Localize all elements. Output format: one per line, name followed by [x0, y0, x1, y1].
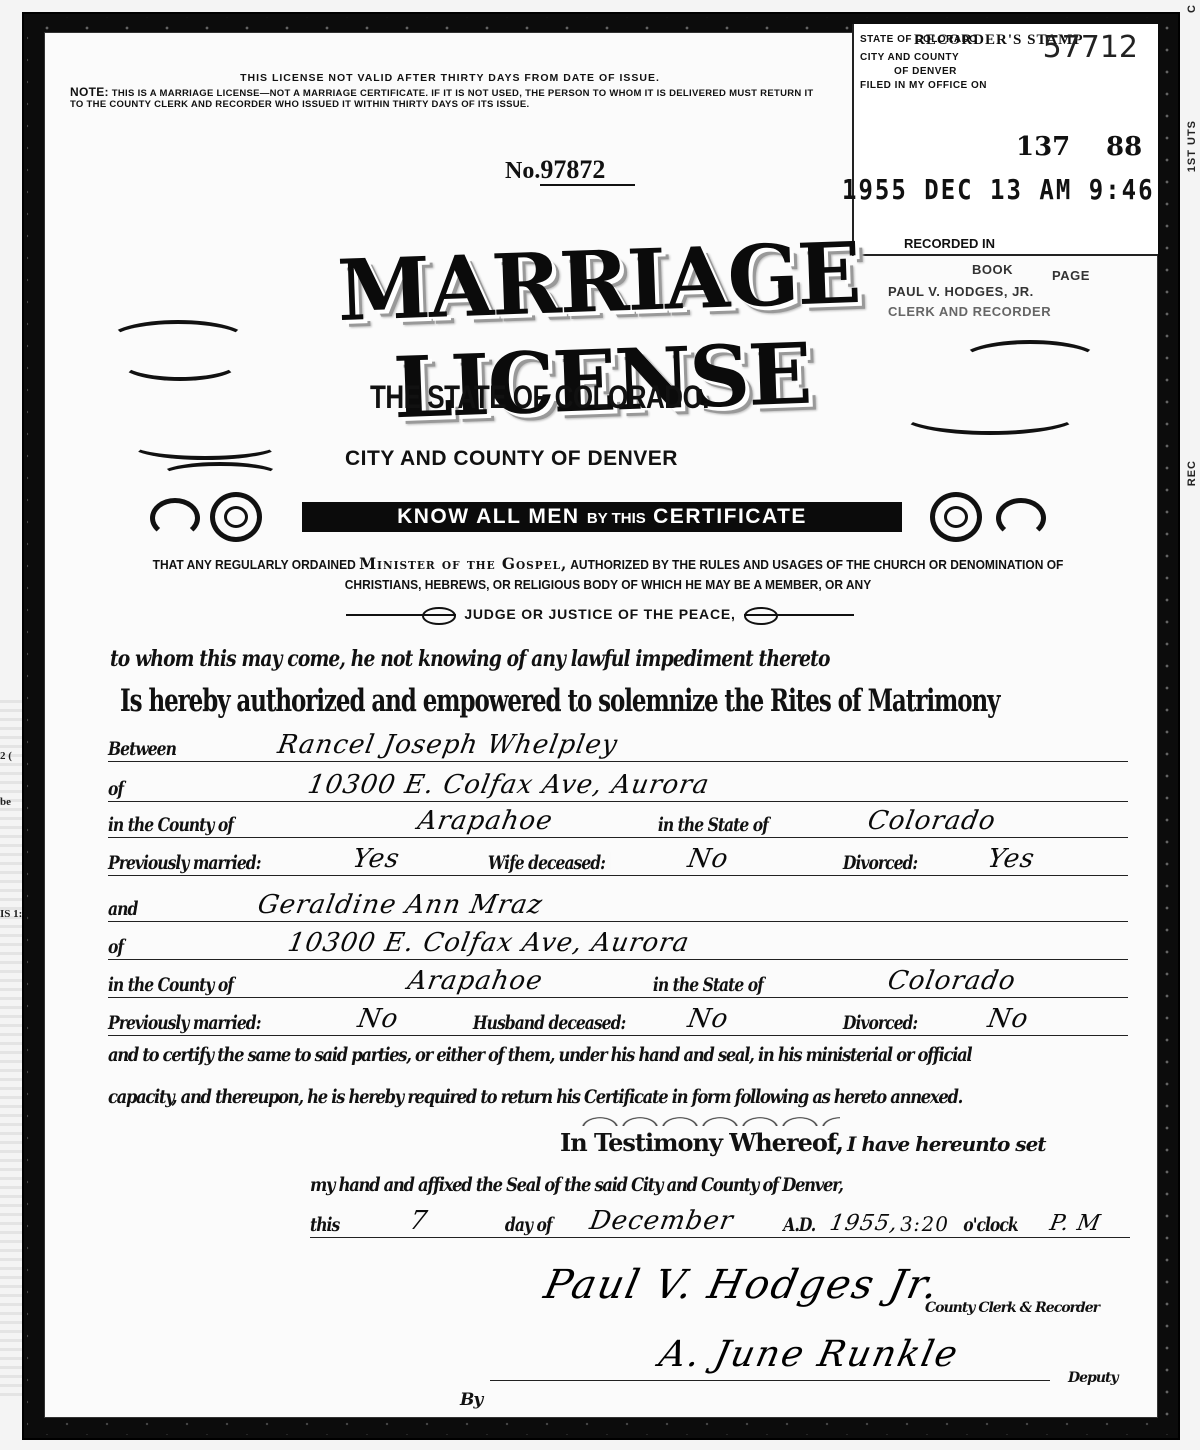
right-margin-fragment: 1ST UTS — [1186, 120, 1198, 172]
note-text: NOTE: This is a MARRIAGE LICENSE—NOT A M… — [70, 87, 830, 110]
bride-divorced-field: No — [985, 1004, 1031, 1034]
state-label: in the State of — [648, 974, 768, 996]
pen-flourish-icon — [744, 614, 854, 616]
wife-deceased-label: Wife deceased: — [483, 852, 610, 874]
bride-address-row: of 10300 E. Colfax Ave, Aurora — [108, 930, 1128, 964]
left-margin-fragment: 2 ( — [0, 750, 12, 762]
banner-text-b: BY THIS — [587, 510, 646, 527]
note-body: This is a MARRIAGE LICENSE—NOT A MARRIAG… — [70, 88, 814, 110]
authority-paragraph: THAT ANY REGULARLY ORDAINED Minister of … — [138, 554, 1079, 595]
bride-state-field: Colorado — [885, 966, 1018, 996]
divorced-label: Divorced: — [838, 852, 922, 874]
in-testimony-whereof: In Testimony Whereof, — [560, 1128, 843, 1157]
license-number-value: 97872 — [540, 155, 635, 186]
day-field: 7 — [407, 1206, 430, 1236]
deputy-title: Deputy — [1068, 1370, 1118, 1386]
authority-prefix: THAT ANY REGULARLY ORDAINED — [153, 558, 356, 572]
husband-deceased-label: Husband deceased: — [468, 1012, 630, 1034]
between-label: Between — [108, 738, 181, 760]
day-of-label: day of — [500, 1214, 557, 1236]
bride-previously-married-field: No — [355, 1004, 401, 1034]
stamp-serial-number: 57712 — [1043, 30, 1138, 65]
validity-line: THIS LICENSE NOT VALID AFTER THIRTY DAYS… — [70, 72, 830, 84]
clerk-title: County Clerk & Recorder — [925, 1300, 1099, 1316]
bride-husband-deceased-field: No — [685, 1004, 731, 1034]
closing-line-2: capacity, and thereupon, he is hereby re… — [108, 1086, 994, 1108]
arc-ornament-icon — [580, 1116, 840, 1126]
by-signature-rule — [490, 1380, 1050, 1381]
license-number: No.97872 — [505, 155, 635, 185]
stamp-filed-datetime: 1955 DEC 13 AM 9:46 — [842, 174, 1155, 206]
testimony-line: In Testimony Whereof,I have hereunto set — [560, 1128, 1046, 1157]
stamp-page-label: PAGE — [1052, 268, 1090, 283]
intro-script-line: to whom this may come, he not knowing of… — [110, 646, 830, 672]
know-all-men-banner: KNOW ALL MEN BY THIS CERTIFICATE — [302, 502, 902, 532]
stamp-book-number: 137 — [1016, 132, 1070, 162]
flourish-icon — [160, 462, 280, 488]
right-margin-fragment: REC — [1186, 460, 1198, 486]
groom-state-field: Colorado — [865, 806, 998, 836]
groom-previously-married-field: Yes — [350, 844, 402, 874]
adjacent-page-right-edge: C 1ST UTS REC — [1178, 0, 1200, 1450]
note-label: NOTE: — [70, 85, 109, 99]
state-heading: THE STATE OF COLORADO. — [370, 378, 709, 417]
bride-county-row: in the County of Arapahoe in the State o… — [108, 968, 1128, 1002]
clerk-signature: Paul V. Hodges Jr. — [540, 1262, 944, 1308]
divorced-label: Divorced: — [838, 1012, 922, 1034]
county-label: in the County of — [108, 814, 238, 836]
date-row: this 7 day of December A.D. 1955, 3:20 o… — [310, 1208, 1130, 1242]
groom-address-row: of 10300 E. Colfax Ave, Aurora — [108, 772, 1128, 806]
bride-address-field: 10300 E. Colfax Ave, Aurora — [285, 928, 692, 958]
bride-marital-row: Previously married: No Husband deceased:… — [108, 1006, 1128, 1040]
year-field: 1955, — [828, 1211, 900, 1236]
minister-of-gospel: Minister of the Gospel, — [359, 554, 567, 573]
oclock-label: o'clock — [960, 1214, 1023, 1236]
stamp-line: FILED IN MY OFFICE ON — [860, 80, 987, 91]
seal-line: my hand and affixed the Seal of the said… — [310, 1174, 1015, 1196]
meridiem-field: P. M — [1048, 1211, 1103, 1236]
groom-name-row: Between Rancel Joseph Whelpley — [108, 732, 1128, 766]
and-label: and — [108, 898, 142, 920]
stamp-page-number: 88 — [1106, 132, 1142, 162]
validity-notice: THIS LICENSE NOT VALID AFTER THIRTY DAYS… — [70, 72, 830, 110]
license-number-label: No. — [505, 158, 540, 184]
previously-married-label: Previously married: — [108, 852, 265, 874]
this-label: this — [310, 1214, 344, 1236]
of-label: of — [108, 778, 128, 800]
groom-marital-row: Previously married: Yes Wife deceased: N… — [108, 846, 1128, 880]
previously-married-label: Previously married: — [108, 1012, 265, 1034]
closing-line-1: and to certify the same to said parties,… — [108, 1044, 994, 1066]
bride-county-field: Arapahoe — [405, 966, 545, 996]
pen-flourish-icon — [346, 614, 456, 616]
scroll-ornament-icon — [920, 488, 1060, 544]
groom-county-row: in the County of Arapahoe in the State o… — [108, 808, 1128, 842]
of-label: of — [108, 936, 128, 958]
bride-name-row: and Geraldine Ann Mraz — [108, 892, 1128, 926]
county-label: in the County of — [108, 974, 238, 996]
left-margin-fragment: IS 1: — [0, 908, 22, 920]
groom-name-field: Rancel Joseph Whelpley — [275, 730, 620, 760]
jurisdiction-heading: CITY AND COUNTY OF DENVER — [345, 447, 678, 471]
ad-label: A.D. — [780, 1214, 820, 1236]
groom-address-field: 10300 E. Colfax Ave, Aurora — [305, 770, 712, 800]
scroll-ornament-icon — [140, 488, 280, 544]
judge-text: JUDGE OR JUSTICE OF THE PEACE, — [464, 606, 735, 622]
right-margin-fragment: C — [1186, 4, 1198, 13]
left-margin-fragment: be — [0, 796, 11, 808]
groom-divorced-field: Yes — [985, 844, 1037, 874]
bride-name-field: Geraldine Ann Mraz — [255, 890, 545, 920]
banner-text-a: KNOW ALL MEN — [397, 505, 579, 528]
testimony-rest: I have hereunto set — [847, 1132, 1046, 1156]
stamp-line: CITY AND COUNTY — [860, 52, 959, 63]
judge-line: JUDGE OR JUSTICE OF THE PEACE, — [310, 606, 890, 622]
time-field: 3:20 — [898, 1212, 951, 1236]
state-label: in the State of — [653, 814, 773, 836]
groom-county-field: Arapahoe — [415, 806, 555, 836]
authorization-gothic-line: Is hereby authorized and empowered to so… — [120, 682, 999, 718]
banner-text-c: CERTIFICATE — [653, 505, 807, 528]
month-field: December — [587, 1206, 736, 1236]
by-label: By — [460, 1390, 482, 1410]
stamp-line: OF DENVER — [894, 66, 957, 77]
deputy-signature: A. June Runkle — [656, 1334, 963, 1375]
certificate-banner: KNOW ALL MEN BY THIS CERTIFICATE — [140, 488, 1060, 544]
groom-wife-deceased-field: No — [685, 844, 731, 874]
